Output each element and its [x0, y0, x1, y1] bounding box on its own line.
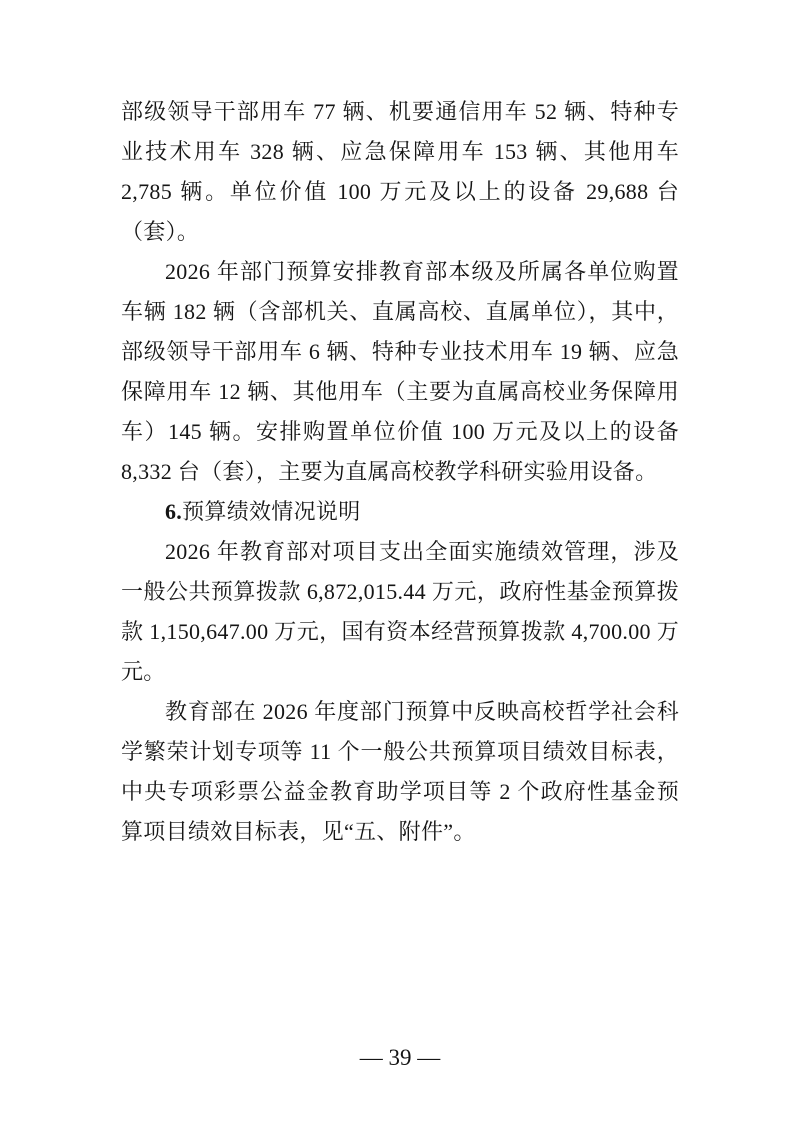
section-heading-title: 预算绩效情况说明: [182, 499, 360, 524]
page-footer: — 39 —: [0, 1043, 800, 1073]
section-heading-number: 6.: [165, 499, 182, 524]
document-body: 部级领导干部用车 77 辆、机要通信用车 52 辆、特种专业技术用车 328 辆…: [121, 92, 679, 852]
page-number: — 39 —: [360, 1045, 441, 1070]
paragraph-existing-vehicles: 部级领导干部用车 77 辆、机要通信用车 52 辆、特种专业技术用车 328 辆…: [121, 92, 679, 252]
paragraph-2026-vehicle-purchase: 2026 年部门预算安排教育部本级及所属各单位购置车辆 182 辆（含部机关、直…: [121, 252, 679, 492]
document-page: 部级领导干部用车 77 辆、机要通信用车 52 辆、特种专业技术用车 328 辆…: [0, 0, 800, 1131]
paragraph-performance-management: 2026 年教育部对项目支出全面实施绩效管理，涉及一般公共预算拨款 6,872,…: [121, 532, 679, 692]
paragraph-performance-tables: 教育部在 2026 年度部门预算中反映高校哲学社会科学繁荣计划专项等 11 个一…: [121, 692, 679, 852]
section-heading: 6.预算绩效情况说明: [121, 492, 679, 532]
